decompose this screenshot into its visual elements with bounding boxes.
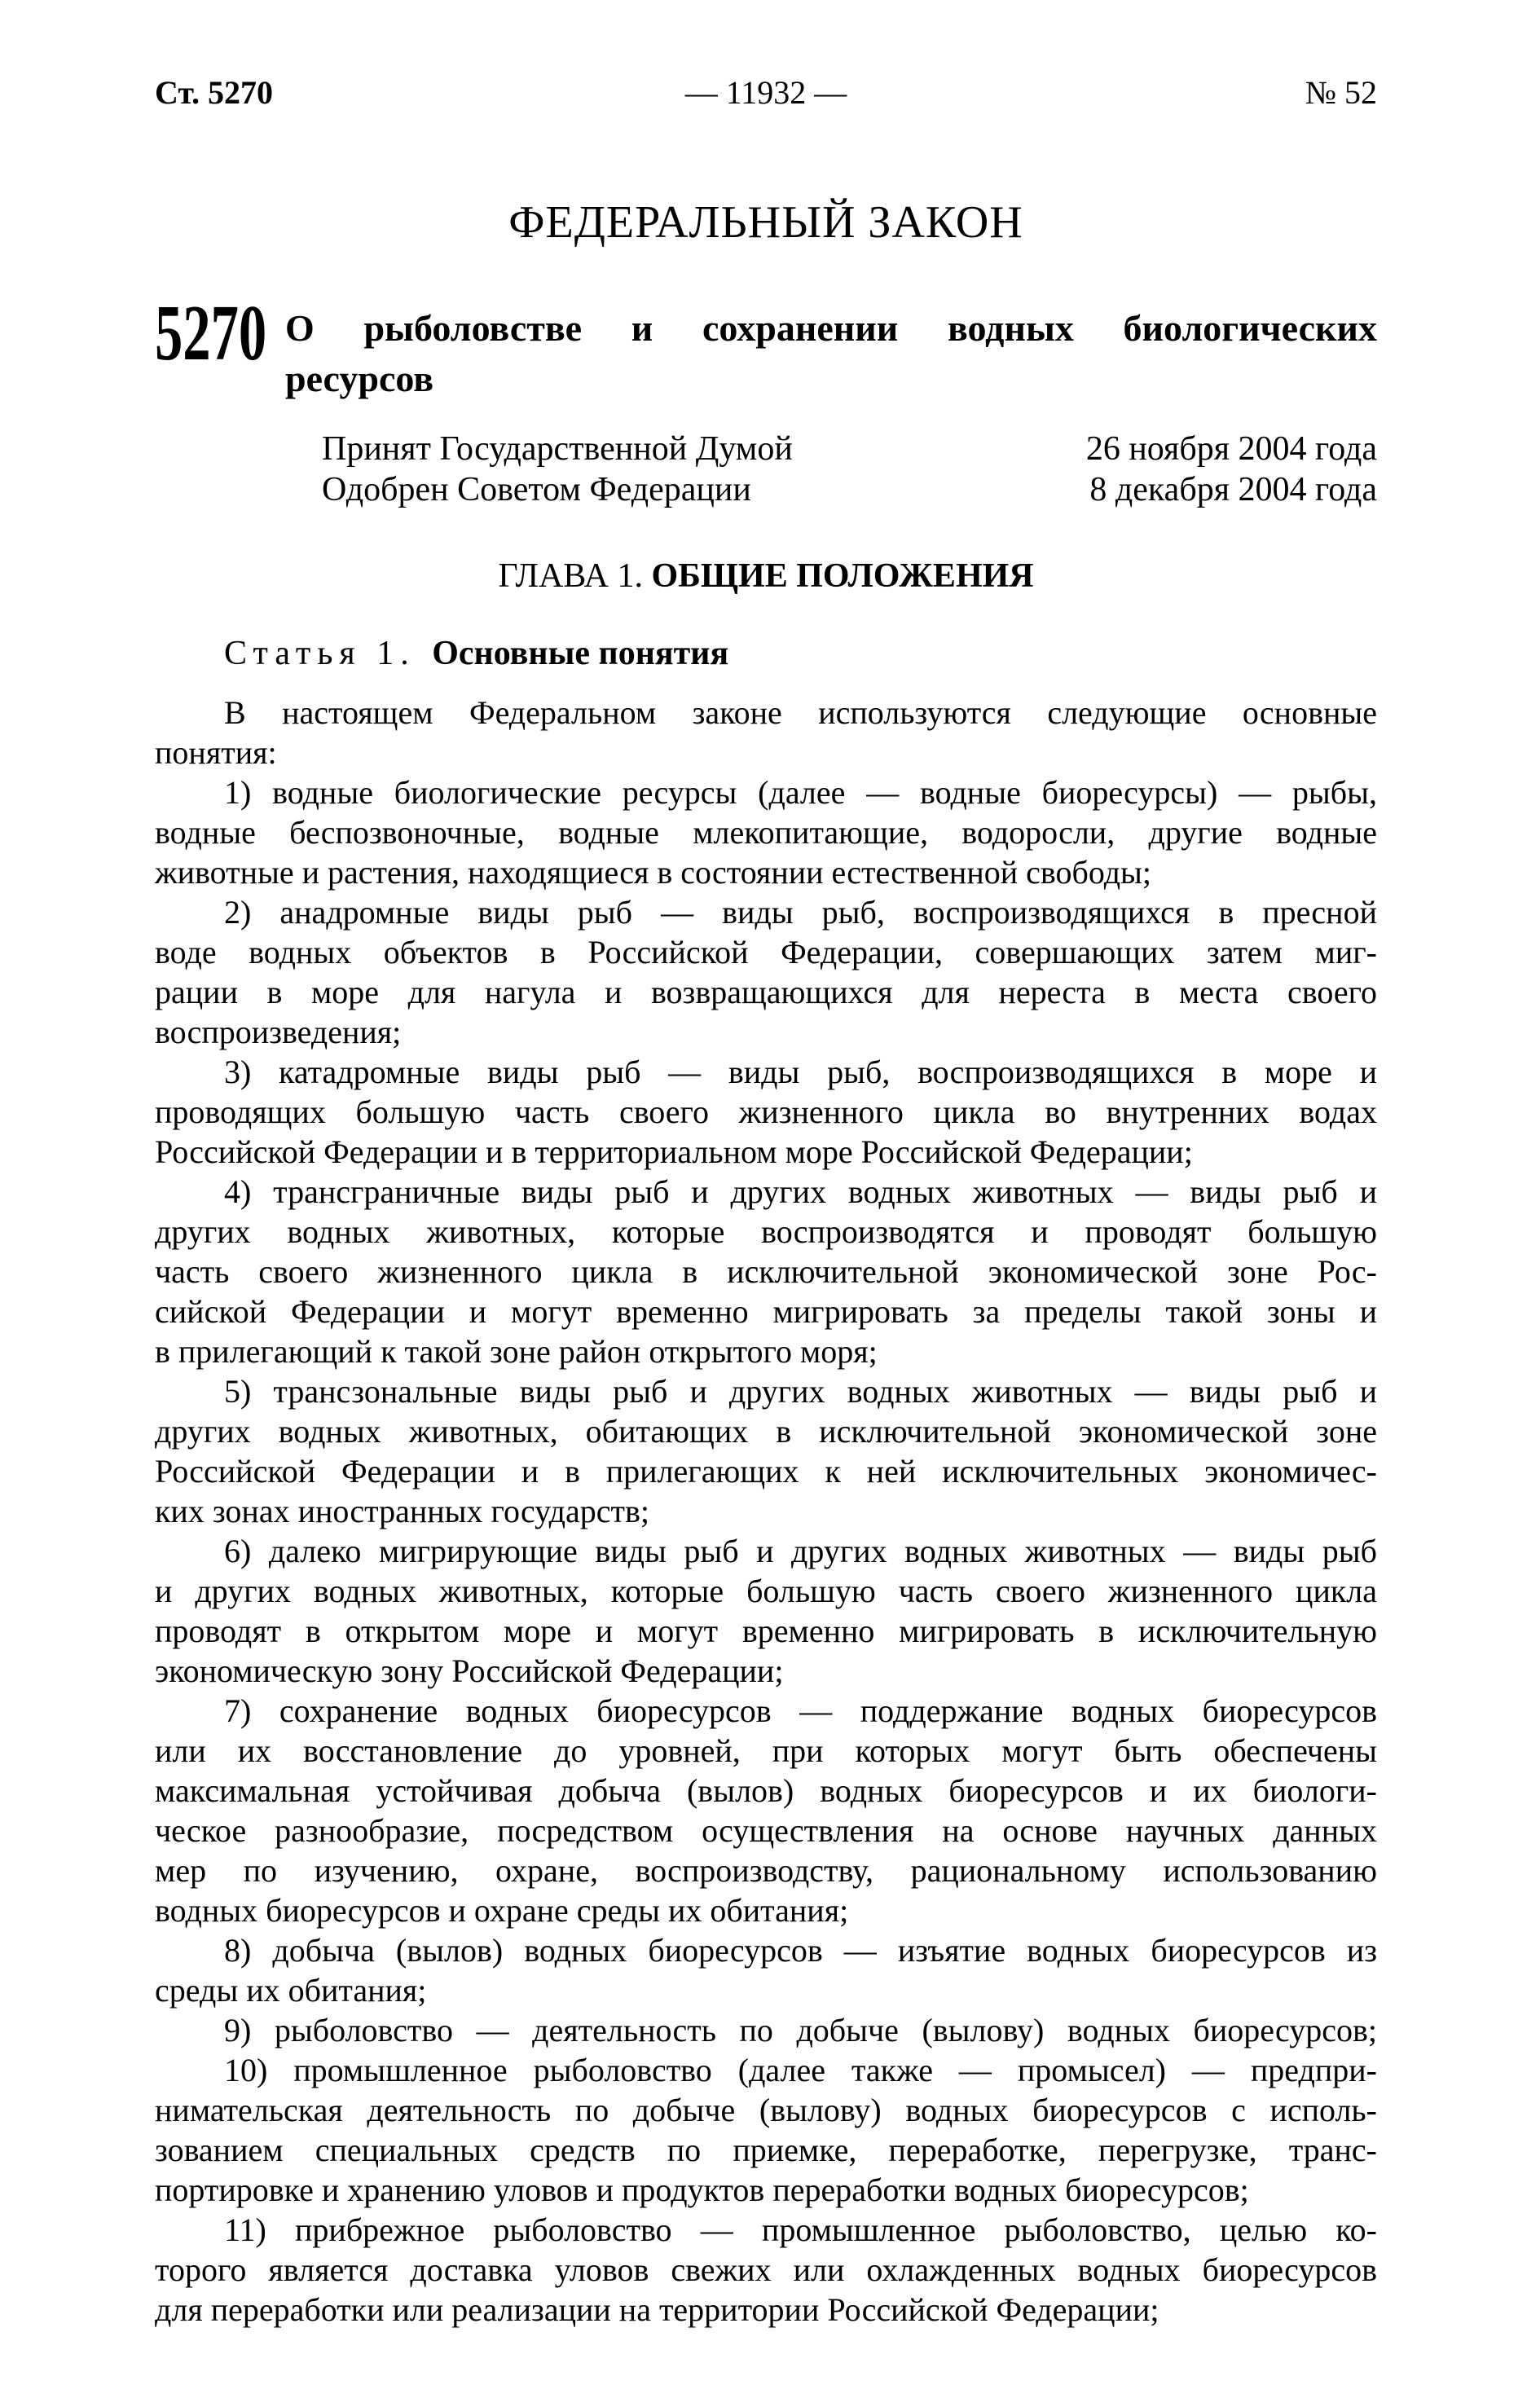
- body-line: или их восстановление до уровней, при ко…: [155, 1731, 1377, 1771]
- body-line: мер по изучению, охране, воспроизводству…: [155, 1850, 1377, 1890]
- body-line: 5) трансзональные виды рыб и других водн…: [155, 1371, 1377, 1411]
- adoption-date: 26 ноября 2004 года: [1086, 429, 1377, 469]
- body-line: 4) трансграничные виды рыб и других водн…: [155, 1172, 1377, 1212]
- body-line: рации в море для нагула и возвращающихся…: [155, 972, 1377, 1012]
- body-line: 6) далеко мигрирующие виды рыб и других …: [155, 1531, 1377, 1571]
- adoption-block: Принят Государственной Думой 26 ноября 2…: [322, 429, 1377, 510]
- body-line: ких зонах иностранных государств;: [155, 1491, 1377, 1531]
- body-line: и других водных животных, которые большу…: [155, 1571, 1377, 1611]
- body-line: животные и растения, находящиеся в состо…: [155, 852, 1377, 892]
- body-line: проводят в открытом море и могут временн…: [155, 1611, 1377, 1651]
- body-line: для переработки или реализации на террит…: [155, 2290, 1377, 2330]
- body-line: 7) сохранение водных биоресурсов — подде…: [155, 1691, 1377, 1731]
- body-line: зованием специальных средств по приемке,…: [155, 2130, 1377, 2170]
- adoption-row: Принят Государственной Думой 26 ноября 2…: [322, 429, 1377, 469]
- body-line: других водных животных, которые воспроиз…: [155, 1212, 1377, 1252]
- body-line: Российской Федерации и в территориальном…: [155, 1132, 1377, 1172]
- body-line: 9) рыболовство — деятельность по добыче …: [155, 2010, 1377, 2050]
- body-line: 1) водные биологические ресурсы (далее —…: [155, 772, 1377, 812]
- body-line: часть своего жизненного цикла в исключит…: [155, 1252, 1377, 1292]
- body-line: в прилегающий к такой зоне район открыто…: [155, 1331, 1377, 1371]
- running-head-article-ref: Ст. 5270: [155, 73, 273, 112]
- body-line: проводящих большую часть своего жизненно…: [155, 1092, 1377, 1132]
- body-line: 2) анадромные виды рыб — виды рыб, воспр…: [155, 892, 1377, 932]
- document-type-title: ФЕДЕРАЛЬНЫЙ ЗАКОН: [155, 199, 1377, 246]
- running-head: Ст. 5270 — 11932 — № 52: [155, 73, 1377, 112]
- body-line: водные беспозвоночные, водные млекопитаю…: [155, 812, 1377, 852]
- body-line: ческое разнообразие, посредством осущест…: [155, 1811, 1377, 1850]
- body-line: портировке и хранению уловов и продуктов…: [155, 2170, 1377, 2210]
- body-line: водных биоресурсов и охране среды их оби…: [155, 1890, 1377, 1930]
- document-page: Ст. 5270 — 11932 — № 52 ФЕДЕРАЛЬНЫЙ ЗАКО…: [0, 0, 1540, 2385]
- body-line: понятия:: [155, 733, 1377, 772]
- chapter-heading: ГЛАВА 1. ОБЩИЕ ПОЛОЖЕНИЯ: [155, 556, 1377, 596]
- running-head-page-number: — 11932 —: [685, 73, 847, 112]
- article-label: Статья 1.: [224, 635, 416, 672]
- body-line: В настоящем Федеральном законе использую…: [155, 693, 1377, 733]
- body-line: максимальная устойчивая добыча (вылов) в…: [155, 1771, 1377, 1811]
- law-heading-block: 5270 О рыболовстве и сохранении водных б…: [155, 303, 1377, 404]
- chapter-title: ОБЩИЕ ПОЛОЖЕНИЯ: [652, 557, 1034, 595]
- body-line: других водных животных, обитающих в искл…: [155, 1411, 1377, 1451]
- body-line: воспроизведения;: [155, 1012, 1377, 1052]
- body-line: сийской Федерации и могут временно мигри…: [155, 1292, 1377, 1331]
- article-body: В настоящем Федеральном законе использую…: [155, 693, 1377, 2330]
- article-title: Основные понятия: [432, 635, 728, 672]
- body-line: нимательская деятельность по добыче (выл…: [155, 2090, 1377, 2130]
- adoption-body-label: Принят Государственной Думой: [322, 429, 793, 469]
- adoption-body-label: Одобрен Советом Федерации: [322, 469, 751, 510]
- adoption-row: Одобрен Советом Федерации 8 декабря 2004…: [322, 469, 1377, 510]
- law-title-line: О рыболовстве и сохранении водных биолог…: [285, 303, 1377, 354]
- body-line: среды их обитания;: [155, 1970, 1377, 2010]
- running-head-issue-number: № 52: [1305, 73, 1377, 112]
- body-line: торого является доставка уловов свежих и…: [155, 2250, 1377, 2290]
- body-line: воде водных объектов в Российской Федера…: [155, 932, 1377, 972]
- body-line: 11) прибрежное рыболовство — промышленно…: [155, 2210, 1377, 2250]
- law-title-line: ресурсов: [285, 354, 1377, 404]
- body-line: Российской Федерации и в прилегающих к н…: [155, 1451, 1377, 1491]
- law-title: О рыболовстве и сохранении водных биолог…: [285, 303, 1377, 404]
- law-item-number: 5270: [155, 305, 246, 362]
- body-line: 10) промышленное рыболовство (далее такж…: [155, 2050, 1377, 2090]
- body-line: 3) катадромные виды рыб — виды рыб, восп…: [155, 1052, 1377, 1092]
- body-line: экономическую зону Российской Федерации;: [155, 1651, 1377, 1691]
- body-line: 8) добыча (вылов) водных биоресурсов — и…: [155, 1930, 1377, 1970]
- adoption-date: 8 декабря 2004 года: [1089, 469, 1377, 510]
- chapter-label: ГЛАВА 1.: [498, 557, 643, 595]
- article-heading: Статья 1. Основные понятия: [155, 633, 1377, 674]
